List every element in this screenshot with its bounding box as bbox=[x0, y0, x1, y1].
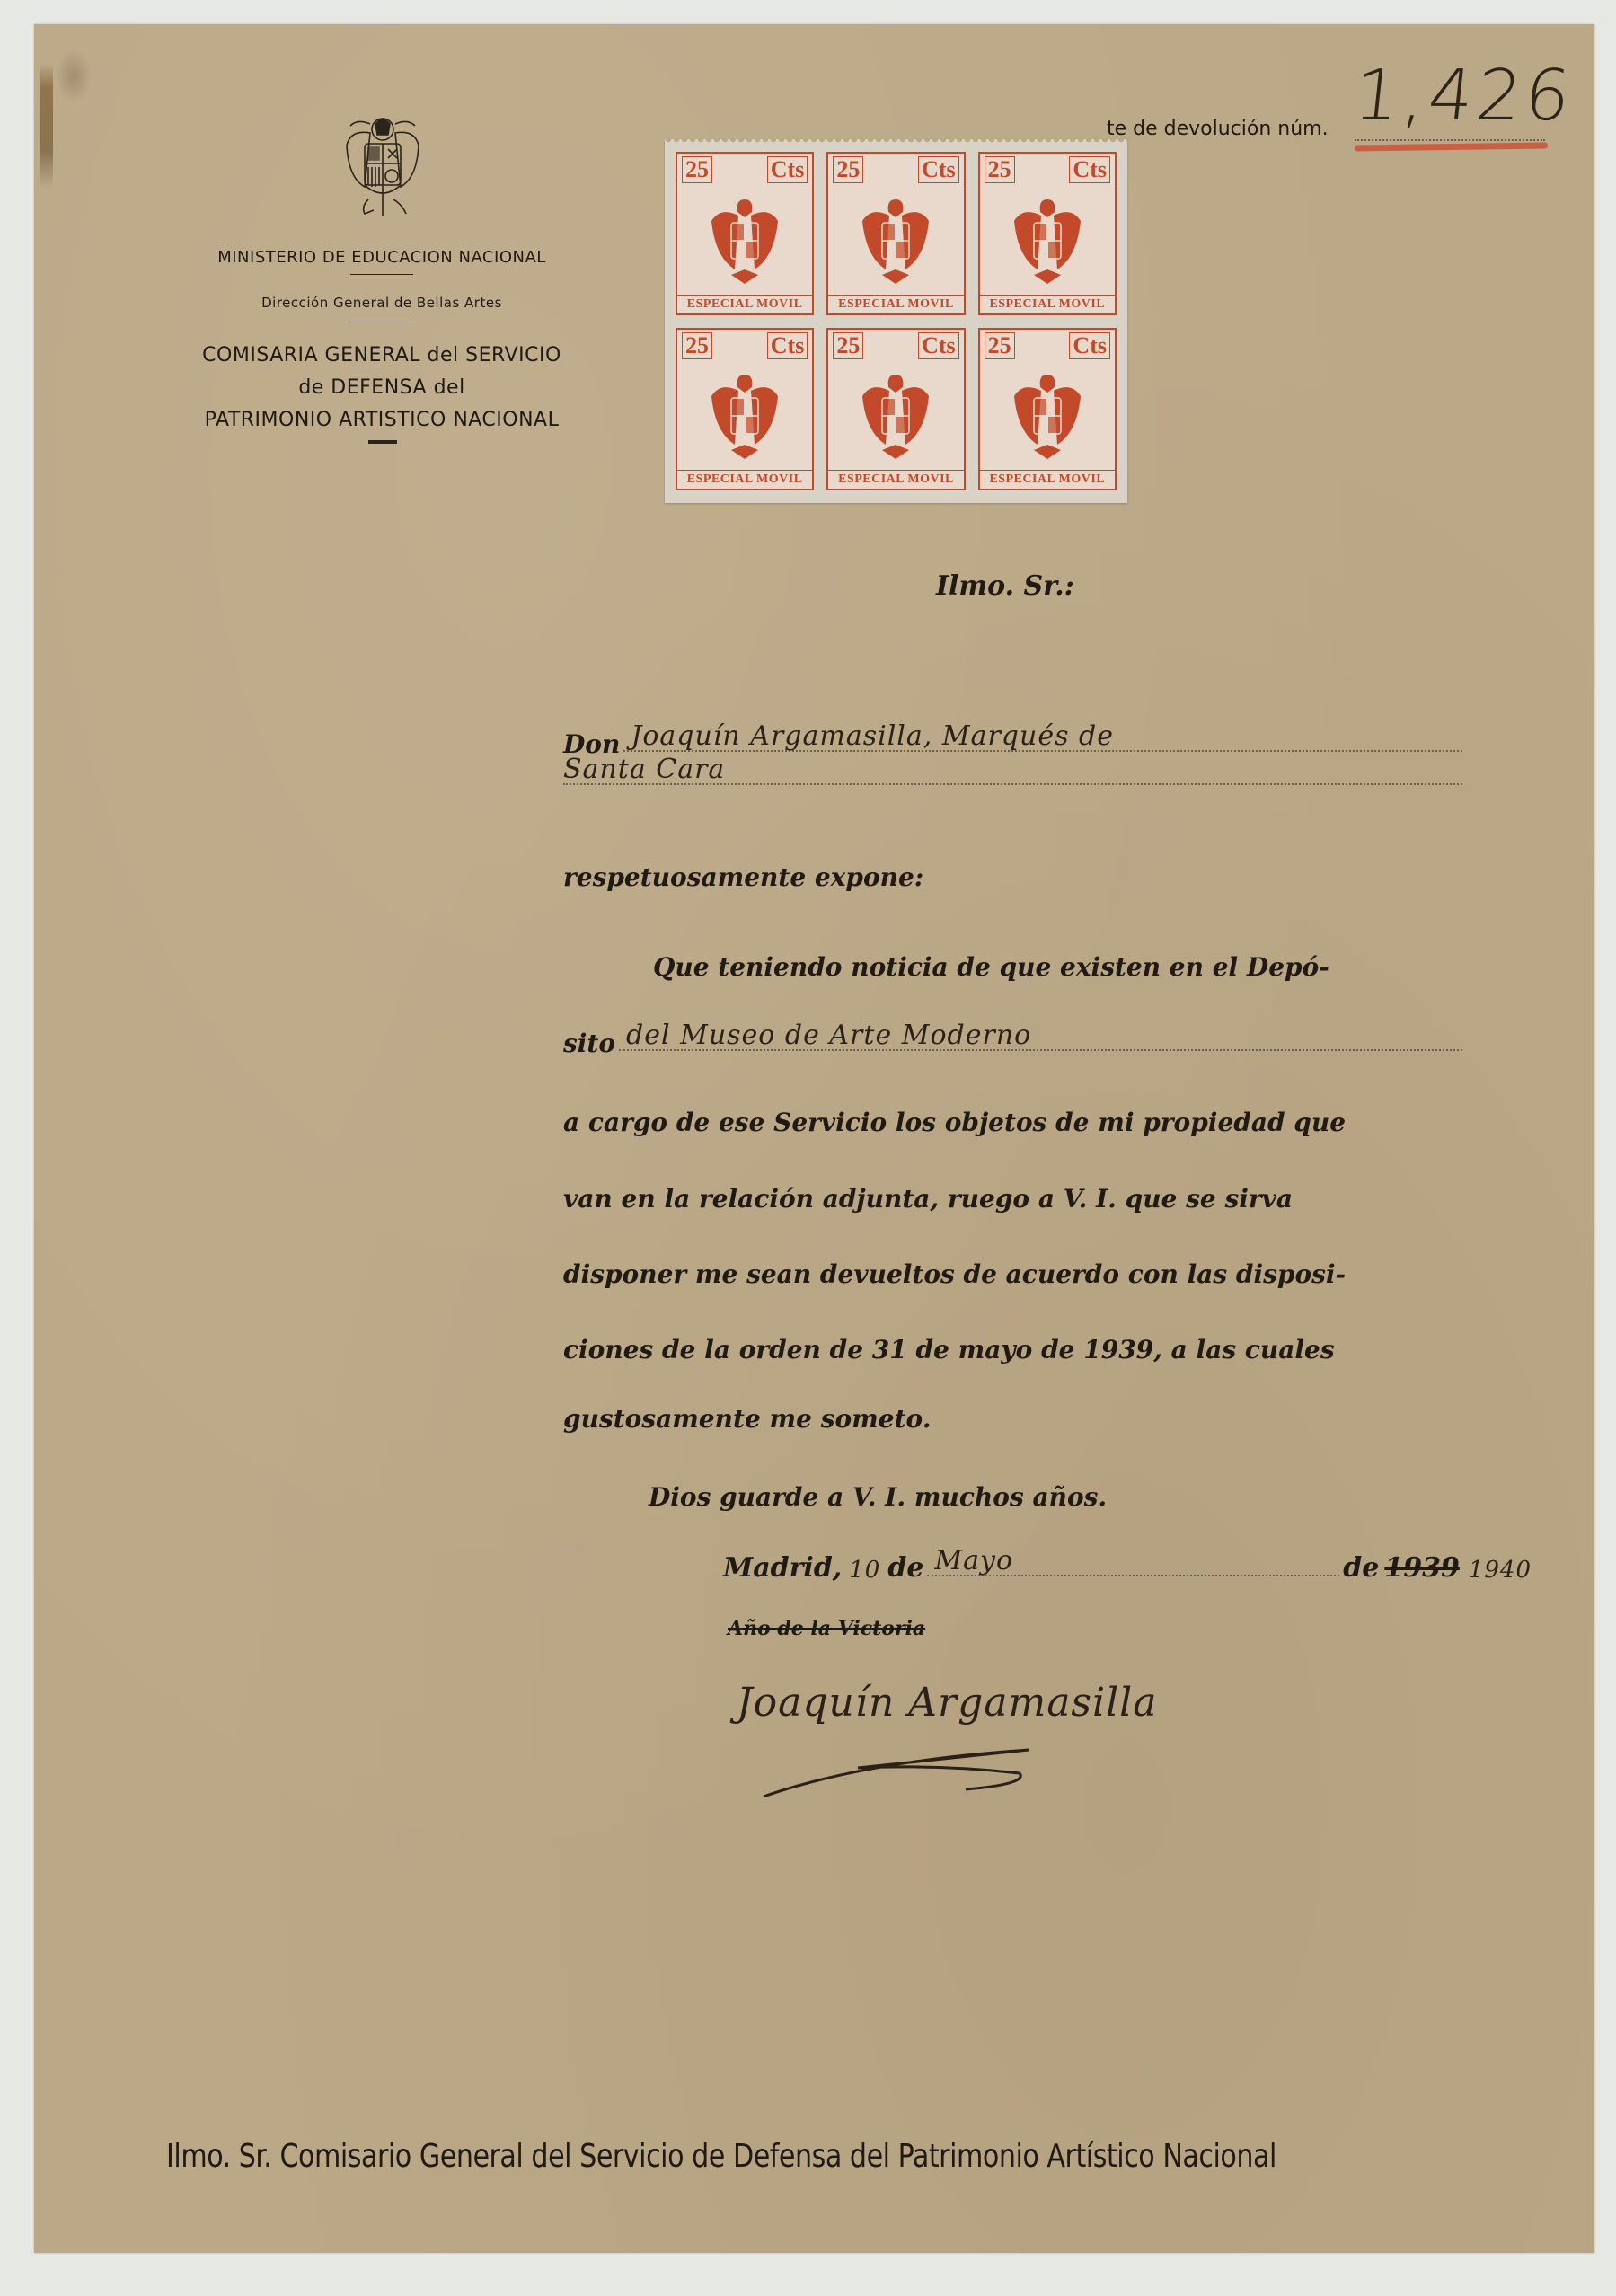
date-de: de bbox=[887, 1552, 923, 1584]
date-de: de bbox=[1343, 1552, 1379, 1584]
header-divider bbox=[350, 274, 413, 275]
deposit-handwritten: del Museo de Arte Moderno bbox=[626, 1020, 1031, 1051]
body-line: disponer me sean devueltos de acuerdo co… bbox=[563, 1259, 1466, 1289]
applicant-line-2: Santa Cara bbox=[563, 783, 1466, 792]
expediente-dotted-line bbox=[1355, 139, 1545, 141]
stamp-value: 25 bbox=[833, 332, 863, 359]
date-month-field: Mayo bbox=[927, 1575, 1339, 1576]
ministry-name: MINISTERIO DE EDUCACION NACIONAL bbox=[171, 248, 593, 267]
stamp-unit: Cts bbox=[767, 332, 808, 359]
date-place: Madrid, bbox=[723, 1552, 842, 1584]
date-line: Madrid, 10 de Mayo de 1939 1940 bbox=[723, 1552, 1532, 1584]
stamp-unit: Cts bbox=[918, 156, 959, 183]
eagle-emblem-icon bbox=[1007, 369, 1088, 459]
expediente-label-text: te de devolución núm. bbox=[1107, 118, 1329, 140]
stamp-value: 25 bbox=[682, 332, 712, 359]
applicant-title-handwritten: Santa Cara bbox=[563, 754, 725, 785]
stamp-caption: ESPECIAL MOVIL bbox=[677, 295, 812, 313]
fiscal-stamp: 25Cts ESPECIAL MOVIL bbox=[826, 328, 965, 491]
stamp-unit: Cts bbox=[1069, 156, 1110, 183]
body-line: ciones de la orden de 31 de mayo de 1939… bbox=[563, 1335, 1466, 1364]
expediente-number: 1,426 bbox=[1350, 56, 1577, 137]
header-end-bar bbox=[368, 440, 397, 444]
closing-line: Dios guarde a V. I. muchos años. bbox=[563, 1482, 1466, 1512]
commission-line: de DEFENSA del bbox=[171, 372, 593, 404]
fiscal-stamp: 25Cts ESPECIAL MOVIL bbox=[676, 328, 814, 491]
fiscal-stamp: 25Cts ESPECIAL MOVIL bbox=[978, 152, 1117, 315]
fiscal-stamp: 25Cts ESPECIAL MOVIL bbox=[826, 152, 965, 315]
deposit-field: del Museo de Arte Moderno bbox=[619, 1049, 1462, 1051]
binding-stain bbox=[40, 63, 53, 189]
stamp-value: 25 bbox=[682, 156, 712, 183]
date-year-struck: 1939 bbox=[1384, 1552, 1460, 1584]
salutation: Ilmo. Sr.: bbox=[936, 570, 1074, 602]
coat-of-arms-icon bbox=[341, 110, 424, 222]
body-line: Que teniendo noticia de que existen en e… bbox=[563, 952, 1466, 982]
commission-name: COMISARIA GENERAL del SERVICIO de DEFENS… bbox=[171, 340, 593, 437]
stamp-caption: ESPECIAL MOVIL bbox=[677, 470, 812, 489]
body-word: sito bbox=[563, 1029, 615, 1058]
fiscal-stamp: 25Cts ESPECIAL MOVIL bbox=[978, 328, 1117, 491]
deposit-line: sito del Museo de Arte Moderno bbox=[563, 1029, 1466, 1058]
struck-victoria-line: Año de la Victoria bbox=[728, 1617, 925, 1640]
fiscal-stamp: 25Cts ESPECIAL MOVIL bbox=[676, 152, 814, 315]
stamp-caption: ESPECIAL MOVIL bbox=[828, 295, 963, 313]
applicant-field: Joaquín Argamasilla, Marqués de bbox=[623, 750, 1462, 752]
commission-line: COMISARIA GENERAL del SERVICIO bbox=[171, 340, 593, 372]
eagle-emblem-icon bbox=[855, 369, 936, 459]
stamp-value: 25 bbox=[833, 156, 863, 183]
applicant-field-2: Santa Cara bbox=[563, 783, 1462, 785]
stamp-caption: ESPECIAL MOVIL bbox=[828, 470, 963, 489]
eagle-emblem-icon bbox=[1007, 194, 1088, 284]
addressee-footer: Ilmo. Sr. Comisario General del Servicio… bbox=[166, 2138, 1276, 2175]
signature: Joaquín Argamasilla bbox=[737, 1680, 1157, 1726]
date-month-handwritten: Mayo bbox=[934, 1545, 1013, 1576]
date-year-handwritten: 1940 bbox=[1469, 1557, 1532, 1584]
eagle-emblem-icon bbox=[704, 369, 785, 459]
signature-flourish bbox=[759, 1734, 1208, 1815]
body-line: van en la relación adjunta, ruego a V. I… bbox=[563, 1184, 1466, 1214]
stamp-caption: ESPECIAL MOVIL bbox=[980, 295, 1115, 313]
expone-heading: respetuosamente expone: bbox=[563, 862, 1466, 892]
stamp-caption: ESPECIAL MOVIL bbox=[980, 470, 1115, 489]
stamp-unit: Cts bbox=[767, 156, 808, 183]
header-divider bbox=[350, 322, 413, 322]
applicant-name-handwritten: Joaquín Argamasilla, Marqués de bbox=[631, 720, 1114, 752]
date-day-handwritten: 10 bbox=[849, 1557, 880, 1584]
stamp-value: 25 bbox=[985, 156, 1015, 183]
direction-name: Dirección General de Bellas Artes bbox=[171, 295, 593, 311]
stamp-unit: Cts bbox=[1069, 332, 1110, 359]
eagle-emblem-icon bbox=[855, 194, 936, 284]
stamp-unit: Cts bbox=[918, 332, 959, 359]
fiscal-stamps-block: 25Cts ESPECIAL MOVIL 25Cts ESPECIAL MOVI… bbox=[665, 139, 1127, 503]
body-line: gustosamente me someto. bbox=[563, 1404, 1466, 1434]
stamp-value: 25 bbox=[985, 332, 1015, 359]
expediente-label: Expediente de devolución núm. bbox=[1015, 118, 1329, 140]
eagle-emblem-icon bbox=[704, 194, 785, 284]
binding-stain-shadow bbox=[56, 49, 92, 103]
body-line: a cargo de ese Servicio los objetos de m… bbox=[563, 1108, 1466, 1137]
commission-line: PATRIMONIO ARTISTICO NACIONAL bbox=[171, 404, 593, 437]
